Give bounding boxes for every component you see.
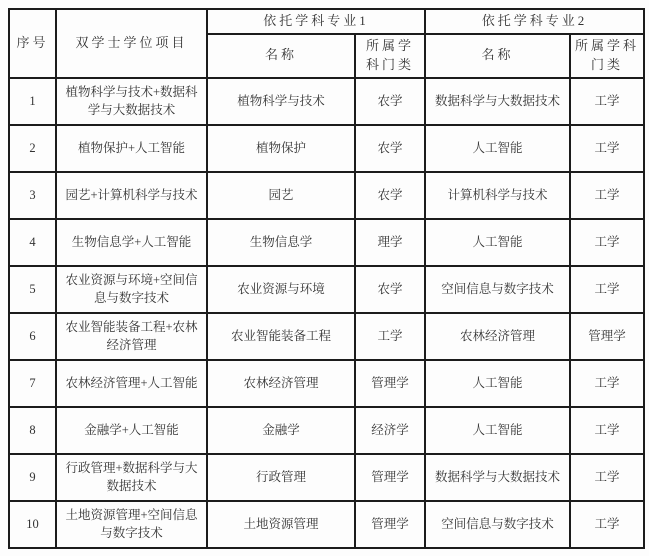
cell-no: 9: [9, 454, 56, 501]
table-row: 4 生物信息学+人工智能 生物信息学 理学 人工智能 工学: [9, 219, 644, 266]
cell-discipline1-category: 农学: [355, 78, 425, 125]
cell-discipline1-name: 行政管理: [207, 454, 355, 501]
cell-program: 金融学+人工智能: [56, 407, 207, 454]
cell-discipline2-name: 人工智能: [425, 360, 570, 407]
header-program: 双学士学位项目: [56, 9, 207, 78]
cell-no: 6: [9, 313, 56, 360]
cell-discipline2-category: 工学: [570, 360, 644, 407]
cell-discipline1-category: 管理学: [355, 454, 425, 501]
cell-discipline2-name: 数据科学与大数据技术: [425, 454, 570, 501]
cell-discipline2-name: 空间信息与数字技术: [425, 266, 570, 313]
cell-discipline1-name: 植物科学与技术: [207, 78, 355, 125]
cell-no: 4: [9, 219, 56, 266]
cell-no: 8: [9, 407, 56, 454]
table-row: 10 土地资源管理+空间信息与数字技术 土地资源管理 管理学 空间信息与数字技术…: [9, 501, 644, 548]
header-no: 序号: [9, 9, 56, 78]
table-row: 1 植物科学与技术+数据科学与大数据技术 植物科学与技术 农学 数据科学与大数据…: [9, 78, 644, 125]
cell-no: 1: [9, 78, 56, 125]
table-row: 3 园艺+计算机科学与技术 园艺 农学 计算机科学与技术 工学: [9, 172, 644, 219]
table-row: 9 行政管理+数据科学与大数据技术 行政管理 管理学 数据科学与大数据技术 工学: [9, 454, 644, 501]
cell-no: 5: [9, 266, 56, 313]
cell-discipline1-category: 管理学: [355, 360, 425, 407]
header-category-2: 所属学科门类: [570, 34, 644, 78]
cell-no: 3: [9, 172, 56, 219]
cell-discipline1-name: 土地资源管理: [207, 501, 355, 548]
degree-program-table: 序号 双学士学位项目 依托学科专业1 依托学科专业2 名称 所属学科门类 名称 …: [8, 8, 645, 549]
cell-discipline1-name: 金融学: [207, 407, 355, 454]
header-name-2: 名称: [425, 34, 570, 78]
cell-discipline2-name: 数据科学与大数据技术: [425, 78, 570, 125]
cell-discipline2-category: 工学: [570, 454, 644, 501]
cell-discipline2-name: 人工智能: [425, 219, 570, 266]
cell-discipline2-category: 工学: [570, 266, 644, 313]
cell-discipline1-category: 工学: [355, 313, 425, 360]
cell-discipline1-name: 园艺: [207, 172, 355, 219]
table-row: 8 金融学+人工智能 金融学 经济学 人工智能 工学: [9, 407, 644, 454]
header-name-1: 名称: [207, 34, 355, 78]
cell-discipline1-name: 农林经济管理: [207, 360, 355, 407]
cell-no: 2: [9, 125, 56, 172]
table-row: 7 农林经济管理+人工智能 农林经济管理 管理学 人工智能 工学: [9, 360, 644, 407]
header-category-1: 所属学科门类: [355, 34, 425, 78]
cell-discipline2-category: 工学: [570, 78, 644, 125]
cell-program: 土地资源管理+空间信息与数字技术: [56, 501, 207, 548]
cell-discipline1-category: 管理学: [355, 501, 425, 548]
cell-discipline2-name: 人工智能: [425, 125, 570, 172]
table-row: 6 农业智能装备工程+农林经济管理 农业智能装备工程 工学 农林经济管理 管理学: [9, 313, 644, 360]
table-header: 序号 双学士学位项目 依托学科专业1 依托学科专业2 名称 所属学科门类 名称 …: [9, 9, 644, 78]
cell-discipline2-category: 管理学: [570, 313, 644, 360]
cell-discipline1-name: 农业资源与环境: [207, 266, 355, 313]
cell-discipline2-category: 工学: [570, 219, 644, 266]
cell-discipline1-category: 农学: [355, 172, 425, 219]
cell-program: 农业资源与环境+空间信息与数字技术: [56, 266, 207, 313]
cell-discipline2-category: 工学: [570, 407, 644, 454]
cell-program: 园艺+计算机科学与技术: [56, 172, 207, 219]
header-group-discipline-2: 依托学科专业2: [425, 9, 644, 34]
cell-discipline1-name: 植物保护: [207, 125, 355, 172]
cell-no: 10: [9, 501, 56, 548]
cell-program: 生物信息学+人工智能: [56, 219, 207, 266]
cell-program: 植物科学与技术+数据科学与大数据技术: [56, 78, 207, 125]
cell-discipline2-name: 计算机科学与技术: [425, 172, 570, 219]
cell-discipline1-category: 理学: [355, 219, 425, 266]
table-row: 5 农业资源与环境+空间信息与数字技术 农业资源与环境 农学 空间信息与数字技术…: [9, 266, 644, 313]
header-group-discipline-1: 依托学科专业1: [207, 9, 425, 34]
cell-program: 行政管理+数据科学与大数据技术: [56, 454, 207, 501]
table-body: 1 植物科学与技术+数据科学与大数据技术 植物科学与技术 农学 数据科学与大数据…: [9, 78, 644, 548]
cell-program: 植物保护+人工智能: [56, 125, 207, 172]
cell-discipline2-category: 工学: [570, 125, 644, 172]
cell-discipline2-name: 空间信息与数字技术: [425, 501, 570, 548]
cell-discipline1-category: 经济学: [355, 407, 425, 454]
cell-discipline1-category: 农学: [355, 266, 425, 313]
cell-discipline2-category: 工学: [570, 172, 644, 219]
page: 序号 双学士学位项目 依托学科专业1 依托学科专业2 名称 所属学科门类 名称 …: [0, 0, 649, 556]
cell-discipline1-name: 农业智能装备工程: [207, 313, 355, 360]
cell-discipline2-name: 农林经济管理: [425, 313, 570, 360]
cell-discipline2-category: 工学: [570, 501, 644, 548]
header-group-row: 序号 双学士学位项目 依托学科专业1 依托学科专业2: [9, 9, 644, 34]
cell-discipline2-name: 人工智能: [425, 407, 570, 454]
cell-no: 7: [9, 360, 56, 407]
table-row: 2 植物保护+人工智能 植物保护 农学 人工智能 工学: [9, 125, 644, 172]
cell-program: 农业智能装备工程+农林经济管理: [56, 313, 207, 360]
cell-discipline1-name: 生物信息学: [207, 219, 355, 266]
cell-discipline1-category: 农学: [355, 125, 425, 172]
cell-program: 农林经济管理+人工智能: [56, 360, 207, 407]
